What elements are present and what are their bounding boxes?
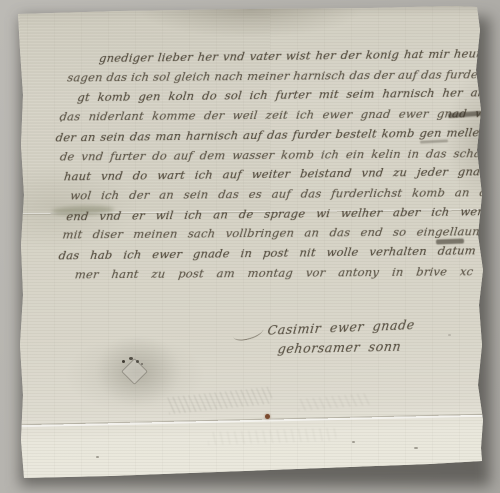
wormhole-dot — [265, 414, 270, 419]
signature-line-2: gehorsamer sonn — [276, 337, 416, 360]
faint-pencil-inscription — [167, 387, 272, 415]
fold-crease-bottom — [16, 414, 486, 428]
signature-block: Casimir ewer gnade gehorsamer sonn — [268, 318, 414, 358]
paper-speck — [448, 334, 451, 336]
ink-bleedthrough — [208, 428, 336, 445]
ink-dot — [129, 357, 133, 360]
ink-smear — [436, 239, 464, 245]
ink-dot — [122, 360, 125, 363]
paper-speck — [96, 456, 99, 458]
manuscript-paper: gnediger lieber her vnd vater wist her d… — [0, 0, 500, 493]
handwritten-line: mer hant zu post am montag vor antony in… — [74, 262, 472, 285]
paper-speck — [414, 447, 418, 449]
paper-speck — [352, 441, 355, 443]
ink-dot — [141, 363, 143, 365]
paper-speck — [60, 120, 62, 122]
heart-watermark — [110, 346, 162, 398]
letter-body: gnediger lieber her vnd vater wist her d… — [55, 45, 471, 285]
faint-pencil-inscription — [298, 393, 371, 411]
photo-backdrop: gnediger lieber her vnd vater wist her d… — [0, 0, 500, 493]
ink-dot — [136, 360, 139, 363]
